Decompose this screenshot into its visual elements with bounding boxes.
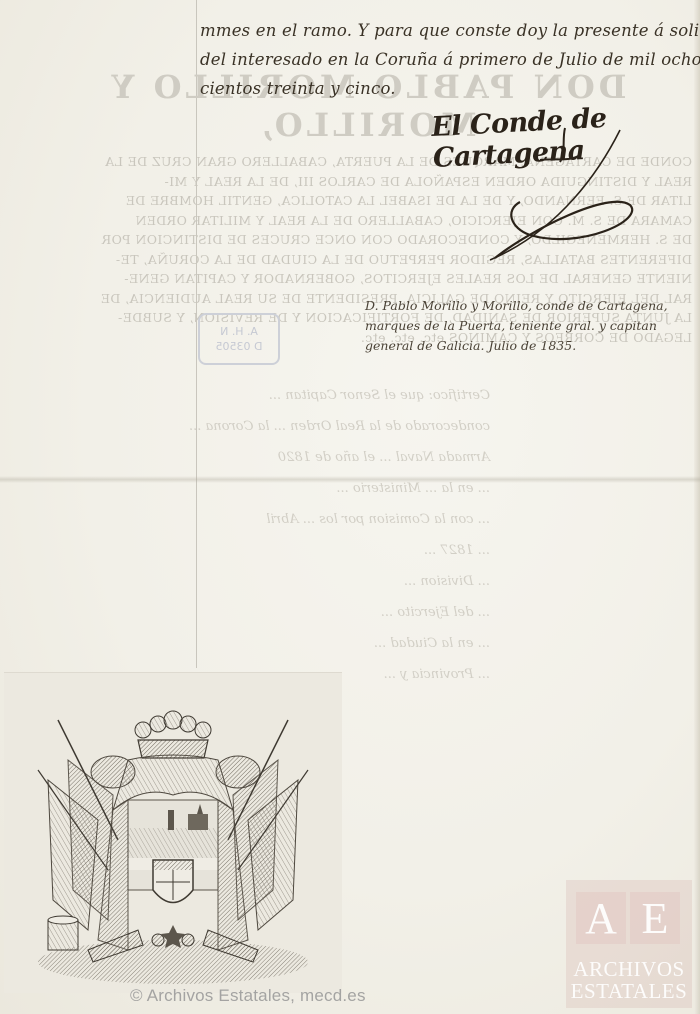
coat-of-arms-icon bbox=[28, 700, 318, 990]
signature-flourish-icon bbox=[470, 110, 650, 270]
stamp-line-1: A. H. N bbox=[200, 324, 278, 339]
faded-line: ... del Ejercito ... bbox=[20, 597, 490, 628]
faded-line: Certifico: que el Senor Capitan ... bbox=[20, 380, 490, 411]
body-line: mmes en el ramo. Y para que conste doy l… bbox=[200, 16, 695, 45]
archive-stamp: A. H. N D 03505 bbox=[198, 313, 280, 365]
faded-line: Armada Naval ... el año de 1820 bbox=[20, 442, 490, 473]
faded-line: condecorado de la Real Orden ... la Coro… bbox=[20, 411, 490, 442]
watermark-letter: A bbox=[576, 892, 626, 944]
faded-handwriting-bleed: Certifico: que el Senor Capitan ... cond… bbox=[20, 380, 490, 690]
annotation-line: marques de la Puerta, teniente gral. y c… bbox=[365, 316, 695, 336]
faded-line: ... en la Ciudad ... bbox=[20, 628, 490, 659]
archivos-estatales-watermark: A E ARCHIVOS ESTATALES bbox=[566, 880, 692, 1008]
archival-annotation: D. Pablo Morillo y Morillo, conde de Car… bbox=[365, 296, 695, 356]
watermark-line-1: ARCHIVOS bbox=[566, 958, 692, 980]
annotation-line: D. Pablo Morillo y Morillo, conde de Car… bbox=[365, 296, 695, 316]
faded-line: ... con la Comision por los ... Abril bbox=[20, 504, 490, 535]
faded-line: ... 1827 ... bbox=[20, 535, 490, 566]
annotation-line: general de Galicia. Julio de 1835. bbox=[365, 336, 695, 356]
body-line: del interesado en la Coruña á primero de… bbox=[200, 45, 695, 74]
copyright-notice: © Archivos Estatales, mecd.es bbox=[130, 986, 366, 1006]
body-line: cientos treinta y cinco. bbox=[200, 74, 695, 103]
faded-line: ... Division ... bbox=[20, 566, 490, 597]
watermark-letter: E bbox=[630, 892, 680, 944]
faded-line: ... en la ... Ministerio ... bbox=[20, 473, 490, 504]
watermark-logo: A E bbox=[576, 892, 680, 944]
document-page: DON PABLO MORILLO Y MORILLO, CONDE DE CA… bbox=[0, 0, 700, 1014]
stamp-line-2: D 03505 bbox=[200, 339, 278, 354]
watermark-line-2: ESTATALES bbox=[566, 980, 692, 1002]
handwritten-body: mmes en el ramo. Y para que conste doy l… bbox=[200, 16, 695, 103]
bleed-line: NIENTE GENERAL DE LOS REALES EJERCITOS, … bbox=[42, 269, 692, 289]
